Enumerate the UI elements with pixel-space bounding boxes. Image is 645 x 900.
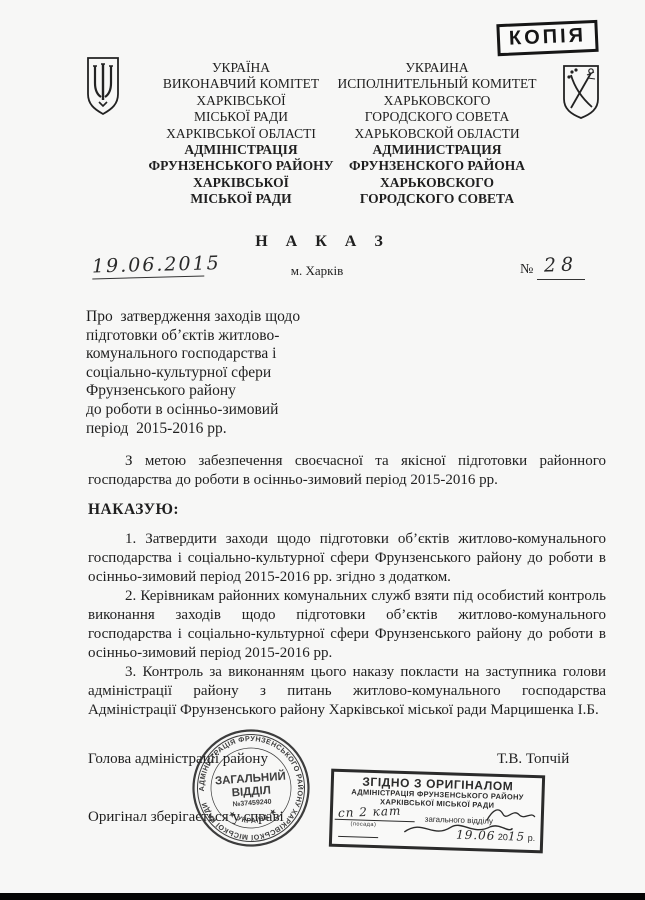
order-item-3: 3. Контроль за виконанням цього наказу п… [88,663,606,720]
copy-stamp: КОПІЯ [496,20,598,56]
header-line: ХАРЬКОВСКОГО [330,175,544,191]
order-item-1: 1. Затвердити заходи щодо підготовки об’… [88,530,606,587]
order-number-sign: № [520,262,533,278]
header-line: МІСЬКОЇ РАДИ [134,109,348,125]
stamp-date-row: 19.06 2015 р. [456,828,536,844]
header-line: ХАРЬКОВСКОЙ ОБЛАСТИ [330,126,544,142]
order-items: 1. Затвердити заходи щодо підготовки об’… [88,530,606,720]
seal-bottom-text: ★ УКРАЇНА ★ [226,805,279,827]
order-date-handwritten: 19.06.2015 [92,253,205,280]
stamp-date-year-handwritten: 15 [508,829,526,844]
subject-line: комунального господарства і [86,345,300,364]
seal-center-line-2: ВІДДІЛ [231,785,271,800]
subject-line: Про затвердження заходів щодо [86,308,300,327]
order-city: м. Харків [272,263,362,279]
header-line: ХАРКІВСЬКОЇ [134,175,348,191]
seal-center-number: №37459240 [232,798,272,809]
position-caption: (посада) [350,821,376,828]
header-line: АДМИНИСТРАЦИЯ [330,142,544,158]
stamp-date-underline [338,836,378,838]
header-line: ВИКОНАВЧИЙ КОМІТЕТ [134,76,348,92]
subject-line: Фрунзенського району [86,382,300,401]
round-seal: АДМІНІСТРАЦІЯ ФРУНЗЕНСЬКОГО РАЙОНУ ХАРКІ… [186,723,316,853]
header-line: УКРАЇНА [134,60,348,76]
bottom-scan-bar [0,893,645,900]
order-number-handwritten: 28 [540,253,583,276]
stamp-date-suffix: р. [528,833,536,843]
header-line: ХАРЬКОВСКОГО [330,93,544,109]
kharkiv-arms-emblem [560,64,602,120]
signature-name: Т.В. Топчій [497,751,569,768]
header-line: УКРАИНА [330,60,544,76]
header-line: ИСПОЛНИТЕЛЬНЫЙ КОМИТЕТ [330,76,544,92]
stamp-date-day-handwritten: 19.06 [456,828,496,843]
header-left-column: УКРАЇНА ВИКОНАВЧИЙ КОМІТЕТ ХАРКІВСЬКОЇ М… [134,60,348,208]
certification-stamp: ЗГІДНО З ОРИГІНАЛОМ АДМІНІСТРАЦІЯ ФРУНЗЕ… [329,769,545,854]
header-line: МІСЬКОЇ РАДИ [134,191,348,207]
resolve-heading: НАКАЗУЮ: [88,501,179,519]
header-line: ХАРКІВСЬКОЇ [134,93,348,109]
subject-block: Про затвердження заходів щодо підготовки… [86,308,300,438]
header-line: ГОРОДСКОГО СОВЕТА [330,191,544,207]
order-title: Н А К А З [0,233,645,251]
document-page: КОПІЯ УКРАЇНА ВИКОНАВЧИЙ КОМІТЕТ ХАРКІВС… [0,0,645,900]
seal-center-line-1: ЗАГАЛЬНИЙ [215,770,287,788]
subject-line: період 2015-2016 рр. [86,420,300,439]
header-line: ФРУНЗЕНСЬКОГО РАЙОНУ [134,158,348,174]
position-handwritten: сп 2 кат [338,804,402,820]
tryzub-emblem [84,56,122,118]
stamp-date-year-prefix: 20 [498,832,508,842]
header-line: ХАРКІВСЬКОЇ ОБЛАСТІ [134,126,348,142]
order-number-line [537,279,585,280]
copy-stamp-label: КОПІЯ [509,24,587,49]
subject-line: підготовки об’єктів житлово- [86,327,300,346]
subject-line: до роботи в осінньо-зимовий [86,401,300,420]
header-right-column: УКРАИНА ИСПОЛНИТЕЛЬНЫЙ КОМИТЕТ ХАРЬКОВСК… [330,60,544,208]
intro-paragraph: З метою забезпечення своєчасної та якісн… [88,452,606,490]
order-item-2: 2. Керівникам районних комунальних служб… [88,587,606,663]
header-line: АДМІНІСТРАЦІЯ [134,142,348,158]
header-line: ГОРОДСКОГО СОВЕТА [330,109,544,125]
subject-line: соціально-культурної сфери [86,364,300,383]
header-line: ФРУНЗЕНСКОГО РАЙОНА [330,158,544,174]
